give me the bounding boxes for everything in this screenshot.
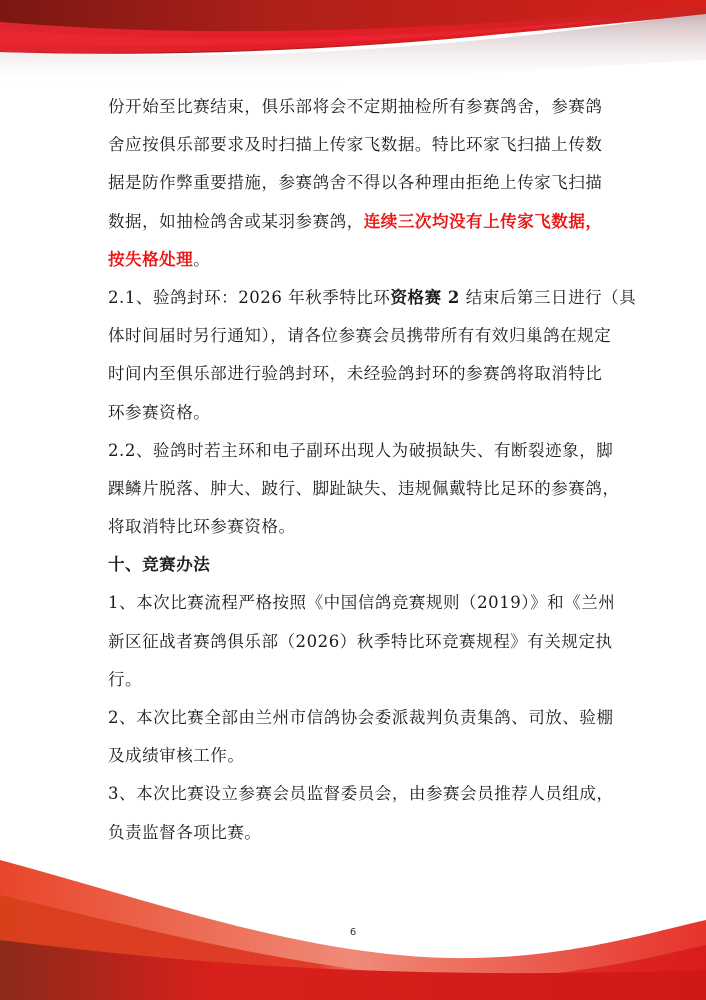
section-2-2-line: 踝鳞片脱落、肿大、跛行、脚趾缺失、违规佩戴特比足环的参赛鸽，	[108, 470, 600, 508]
section-2-1-line: 体时间届时另行通知），请各位参赛会员携带所有有效归巢鸽在规定	[108, 317, 600, 355]
section-2-1-line: 时间内至俱乐部进行验鸽封环，未经验鸽封环的参赛鸽将取消特比	[108, 355, 600, 393]
warning-text-red: 连续三次均没有上传家飞数据，	[364, 212, 603, 231]
bottom-red-wave-decoration	[0, 840, 706, 1000]
text-normal: 。	[193, 250, 210, 269]
rule-item-line: 新区征战者赛鸽俱乐部（2026）秋季特比环竞赛规程》有关规定执	[108, 623, 600, 661]
section-2-2-line: 2.2、验鸽时若主环和电子副环出现人为破损缺失、有断裂迹象，脚	[108, 432, 600, 470]
rule-item-line: 1、本次比赛流程严格按照《中国信鸽竞赛规则（2019）》和《兰州	[108, 584, 600, 622]
rule-item-line: 及成绩审核工作。	[108, 737, 600, 775]
section-2-2-line: 将取消特比环参赛资格。	[108, 508, 600, 546]
text-normal: 数据，如抽检鸽舍或某羽参赛鸽，	[108, 212, 364, 231]
paragraph-line: 数据，如抽检鸽舍或某羽参赛鸽，连续三次均没有上传家飞数据，	[108, 203, 600, 241]
text-normal: 结束后第三日进行（具	[460, 288, 636, 307]
rule-item-line: 行。	[108, 661, 600, 699]
rule-item-line: 2、本次比赛全部由兰州市信鸽协会委派裁判负责集鸽、司放、验棚	[108, 699, 600, 737]
section-2-1-line: 环参赛资格。	[108, 394, 600, 432]
warning-text-red: 按失格处理	[108, 250, 193, 269]
rule-item-line: 3、本次比赛设立参赛会员监督委员会，由参赛会员推荐人员组成，	[108, 775, 600, 813]
section-heading: 十、竞赛办法	[108, 546, 600, 584]
page-number: 6	[0, 927, 706, 938]
text-bold: 资格赛 2	[390, 288, 459, 307]
paragraph-line: 舍应按俱乐部要求及时扫描上传家飞数据。特比环家飞扫描上传数	[108, 126, 600, 164]
text-normal: 2.1、验鸽封环：2026 年秋季特比环	[108, 288, 390, 307]
top-red-wave-decoration	[0, 0, 706, 90]
section-2-1-line: 2.1、验鸽封环：2026 年秋季特比环资格赛 2 结束后第三日进行（具	[108, 279, 600, 317]
paragraph-line: 按失格处理。	[108, 241, 600, 279]
document-body: 份开始至比赛结束，俱乐部将会不定期抽检所有参赛鸽舍，参赛鸽 舍应按俱乐部要求及时…	[108, 88, 600, 852]
paragraph-line: 据是防作弊重要措施，参赛鸽舍不得以各种理由拒绝上传家飞扫描	[108, 164, 600, 202]
paragraph-line: 份开始至比赛结束，俱乐部将会不定期抽检所有参赛鸽舍，参赛鸽	[108, 88, 600, 126]
